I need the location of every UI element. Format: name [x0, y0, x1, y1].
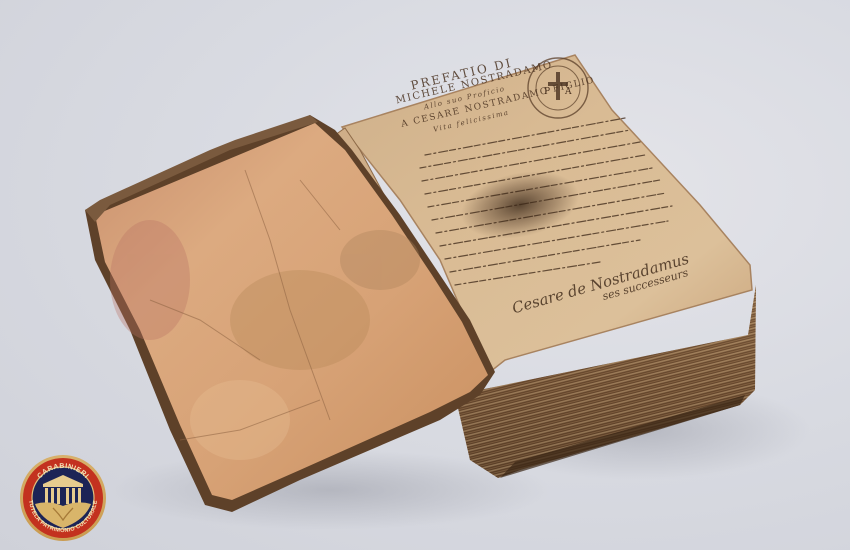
photo-scene: P A	[0, 0, 850, 550]
carabinieri-badge-logo: CARABINIERI TUTELA PATRIMONIO CULTURALE	[19, 454, 107, 542]
